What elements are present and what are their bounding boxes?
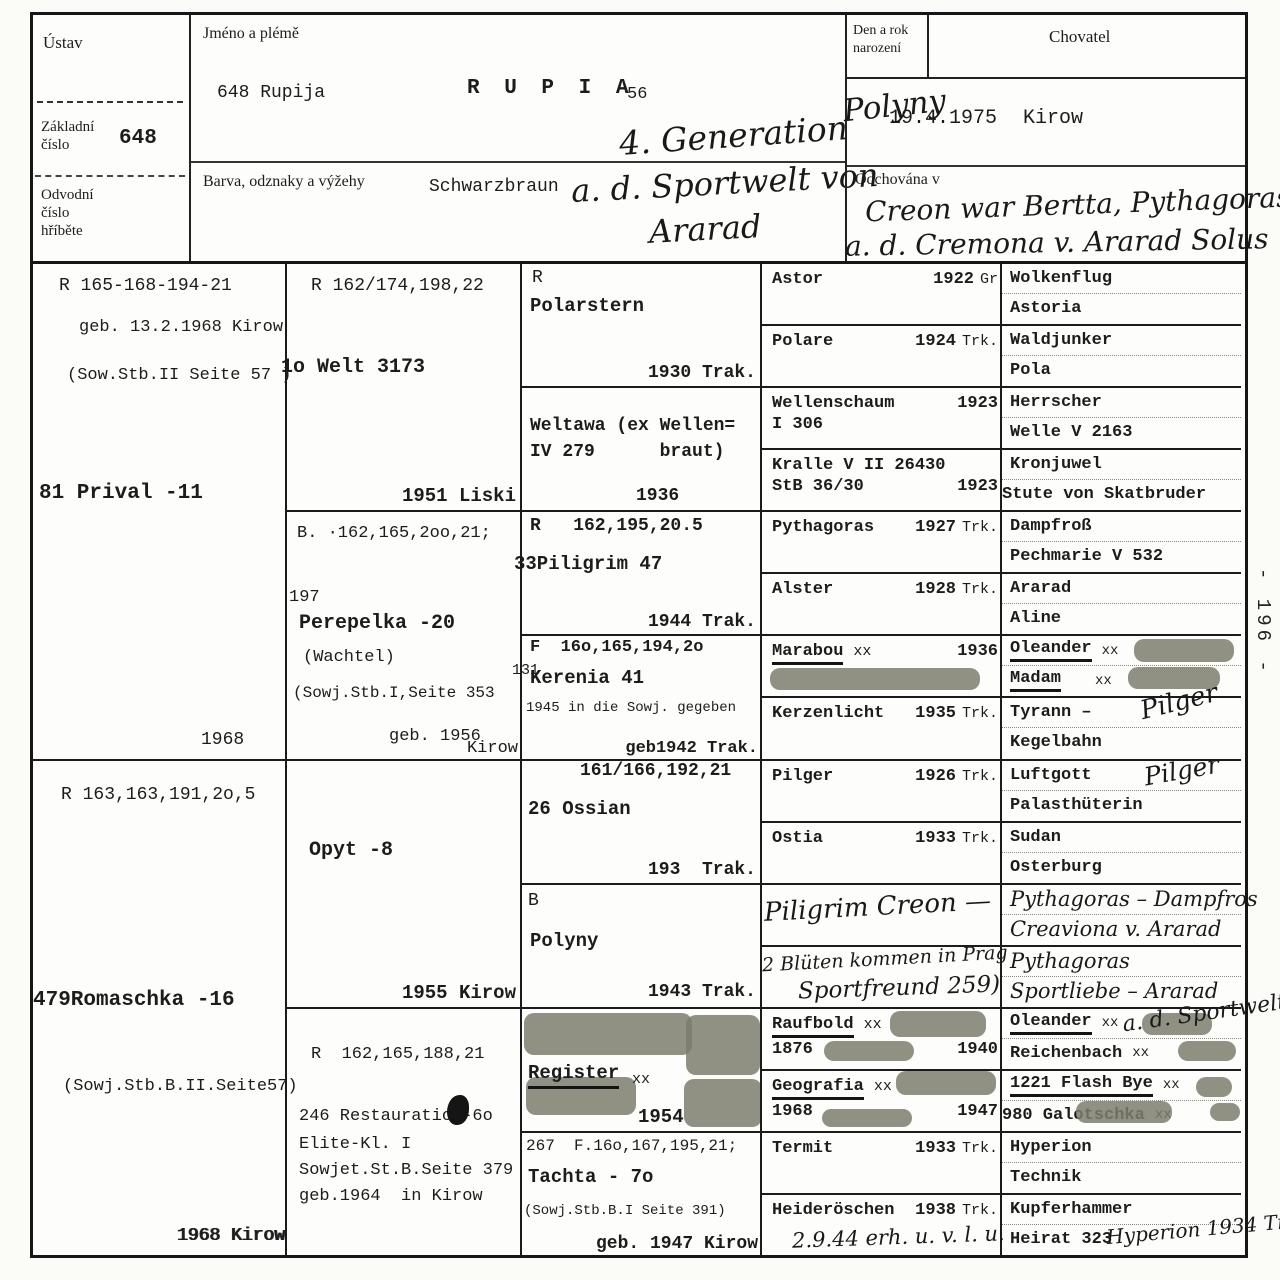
pedigree-cell-termit: Termit1933Trk.: [762, 1133, 1002, 1195]
year-note: 193 Trak.: [648, 860, 756, 881]
merit-marks: 161/166,192,21: [580, 761, 731, 782]
chovatel-cell: Chovatel: [929, 15, 1245, 79]
horse-name: 479Romaschka -16: [33, 989, 235, 1013]
xx-mark: xx: [1102, 643, 1119, 659]
name-color-cell: Jméno a plémě 648 Rupija R U P I A 56 Ba…: [191, 15, 845, 261]
year: 1923: [957, 477, 998, 496]
xx-mark: xx: [632, 1071, 650, 1088]
sire-name: Kupferhammer: [1010, 1200, 1132, 1219]
handwriting-note: Creaviona v. Ararad: [1010, 917, 1221, 941]
redaction-blob: [686, 1015, 760, 1075]
handwriting-note: Pythagoras – Dampfros: [1010, 887, 1258, 911]
pedigree-cell-marabou: Marabouxx1936: [762, 636, 1002, 698]
handwriting-ararad: Ararad: [648, 208, 762, 251]
merit-marks: R 162,195,20.5: [530, 516, 703, 537]
breed: Trk.: [962, 830, 998, 847]
place-note: Kirow: [467, 739, 518, 759]
dam-name: Heirat 323: [1010, 1230, 1112, 1249]
year-note: 1955 Kirow: [402, 983, 516, 1005]
sire-name: Kronjuwel: [1010, 455, 1102, 474]
merit-marks: R 162/174,198,22: [311, 276, 484, 297]
xx-mark: xx: [1132, 1045, 1149, 1061]
jmeno-value: 648 Rupija: [217, 83, 325, 104]
pedigree-cell-tachta: 267 F.16o,167,195,21; Tachta - 7o (Sowj.…: [522, 1133, 762, 1255]
pedigree-cell-flashbye-galotschka: 1221 Flash Byexx 980 Galotschkaxx: [1002, 1071, 1241, 1133]
horse-name: Geografia: [772, 1077, 864, 1100]
dam-name: Madam: [1010, 669, 1061, 692]
dam-name: Astoria: [1010, 299, 1081, 318]
xx-mark: xx: [864, 1016, 882, 1033]
merit-marks: R: [532, 268, 543, 289]
horse-name: Kerzenlicht: [772, 704, 884, 723]
horse-name: Termit: [772, 1139, 833, 1158]
merit-marks: F 16o,165,194,2o: [530, 638, 703, 658]
studbook-ref: StB 36/30: [772, 477, 864, 496]
breed: Trk.: [962, 1202, 998, 1219]
pedigree-cell-handwritten-piligrim-creon: Piligrim Creon —: [762, 885, 1002, 947]
merit-marks: R 165-168-194-21: [59, 276, 232, 297]
zakladni-label-1: Základní: [41, 119, 94, 136]
year: 1935: [915, 704, 956, 723]
dam-name: Osterburg: [1010, 858, 1102, 877]
merit-marks: B. ·162,165,2oo,21;: [297, 524, 491, 544]
horse-name: Pilger: [772, 767, 833, 786]
birth-note: geb.1964 in Kirow: [299, 1187, 483, 1207]
pedigree-cell-kralle: Kralle V II 26430 StB 36/301923: [762, 450, 1002, 512]
pedigree-cell-heideroeschen: Heideröschen1938Trk. 2.9.44 erh. u. v. l…: [762, 1195, 1002, 1255]
breed: Gr: [980, 271, 998, 288]
dam-name: Technik: [1010, 1168, 1081, 1187]
redaction-blob: [1210, 1103, 1240, 1121]
generation-3-column: R Polarstern 1930 Trak. Weltawa (ex Well…: [520, 264, 762, 1255]
pedigree-grid: R 165-168-194-21 geb. 13.2.1968 Kirow (S…: [33, 264, 1245, 1255]
handwriting-sportwelt: a. d. Sportwelt von: [570, 157, 879, 210]
merit-marks: B: [528, 891, 539, 912]
year: 1923: [957, 394, 998, 413]
page-number: - 196 -: [1252, 568, 1274, 676]
pedigree-cell-piligrim: R 162,195,20.5 33Piligrim 47 1944 Trak.: [522, 512, 762, 636]
xx-mark: xx: [853, 643, 871, 660]
sire-name: Oleander: [1010, 1012, 1092, 1035]
year: 1933: [915, 829, 956, 848]
generation-5-column: Wolkenflug Astoria Waldjunker Pola Herrs…: [1000, 264, 1241, 1255]
sire-name: Oleander: [1010, 639, 1092, 662]
year-note: 1968 Kirow: [177, 1226, 285, 1247]
pedigree-cell-pilger: Pilger1926Trk.: [762, 761, 1002, 823]
redaction-blob: [684, 1079, 762, 1127]
form-frame: Ústav Základní číslo 648 Odvodní číslo h…: [30, 12, 1248, 1258]
horse-name: Polarstern: [530, 296, 644, 318]
studbook-ref: (Sowj.Stb.I,Seite 353: [293, 684, 495, 702]
den-label-1: Den a rok: [853, 23, 908, 39]
year: 1924: [915, 332, 956, 351]
handwriting-generation: 4. Generation: [618, 109, 849, 163]
dam-name: Welle V 2163: [1010, 423, 1132, 442]
redaction-blob: [822, 1109, 912, 1127]
redaction-blob: [896, 1071, 996, 1095]
horse-name: Opyt -8: [309, 839, 393, 862]
xx-mark: xx: [1095, 673, 1112, 689]
year-note: 1936: [636, 486, 679, 507]
pedigree-cell-hyperion-technik: Hyperion Technik: [1002, 1133, 1241, 1195]
year: 1940: [957, 1040, 998, 1059]
horse-name: Astor: [772, 270, 823, 289]
horse-number: 56: [627, 85, 647, 105]
ustav-label: Ústav: [43, 33, 83, 53]
year-note: 1943 Trak.: [648, 982, 756, 1003]
horse-name: Ostia: [772, 829, 823, 848]
birth-breeder-section: Den a rok narození Chovatel 19.4.1975 Ki…: [845, 15, 1245, 261]
horse-name: 1o Welt 3173: [281, 356, 425, 379]
year: 1933: [915, 1139, 956, 1158]
registry-number: 1968: [772, 1102, 813, 1121]
pedigree-cell-alster: Alster1928Trk.: [762, 574, 1002, 636]
pedigree-cell-romaschka: R 163,163,191,2o,5 479Romaschka -16 (Sow…: [33, 761, 285, 1256]
sire-name: Hyperion: [1010, 1138, 1092, 1157]
pedigree-cell-welt: R 162/174,198,22 1o Welt 3173 1951 Liski: [287, 264, 522, 512]
horse-name: R U P I A: [467, 77, 634, 101]
pedigree-cell-kupferhammer-heirat: Kupferhammer Heirat 323 Hyperion 1934 Tr…: [1002, 1195, 1241, 1255]
year: 1936: [957, 642, 998, 661]
generation-4-column: Astor1922Gr Polare1924Trk. Wellenschaum1…: [760, 264, 1002, 1255]
year: 1926: [915, 767, 956, 786]
redaction-blob: [770, 668, 980, 690]
dam-name: Palasthüterin: [1010, 796, 1143, 815]
odvodni-label-3: hříběte: [41, 223, 83, 240]
jmeno-label: Jméno a plémě: [203, 25, 299, 43]
handwriting-note: Pythagoras: [1010, 949, 1130, 973]
year: 1922: [933, 270, 974, 289]
form-header: Ústav Základní číslo 648 Odvodní číslo h…: [33, 15, 1245, 264]
year: 1927: [915, 518, 956, 537]
birth-note: geb. 13.2.1968 Kirow: [79, 318, 283, 338]
horse-name: Polare: [772, 332, 833, 351]
xx-mark: xx: [874, 1078, 892, 1095]
ustav-cell: Ústav Základní číslo 648 Odvodní číslo h…: [33, 15, 191, 261]
merit-marks: R 162,165,188,21: [311, 1045, 484, 1065]
breed: Trk.: [962, 333, 998, 350]
xx-mark: xx: [1102, 1015, 1119, 1031]
studbook-ref: (Sowj.Stb.B.II.Seite57): [63, 1077, 298, 1097]
pedigree-cell-kerzenlicht: Kerzenlicht1935Trk.: [762, 698, 1002, 760]
dam-name: Stute von Skatbruder: [1002, 485, 1206, 504]
horse-name: Heideröschen: [772, 1201, 894, 1220]
generation-1-column: R 165-168-194-21 geb. 13.2.1968 Kirow (S…: [33, 264, 285, 1255]
sire-name: Wolkenflug: [1010, 269, 1112, 288]
horse-name: Tachta - 7o: [528, 1167, 653, 1189]
divider-line: [847, 165, 1245, 167]
sire-name: Luftgott: [1010, 766, 1092, 785]
pedigree-cell-dampfross-pechmarie: Dampfroß Pechmarie V 532: [1002, 512, 1241, 574]
pedigree-cell-geografia: Geografiaxx 19681947: [762, 1071, 1002, 1133]
redaction-blob: [1196, 1077, 1232, 1097]
pedigree-cell-prival: R 165-168-194-21 geb. 13.2.1968 Kirow (S…: [33, 264, 285, 761]
year-note: 1951 Liski: [402, 486, 516, 508]
pedigree-cell-luftgott-palasthueterin: Luftgott Palasthüterin Pilger: [1002, 761, 1241, 823]
studbook-ref: (Sowj.Stb.B.I Seite 391): [524, 1203, 726, 1219]
year-note: 1930 Trak.: [648, 363, 756, 384]
horse-name: Register: [528, 1063, 619, 1089]
handwriting-note: Sportfreund 259): [798, 971, 1001, 1004]
pedigree-cell-weltawa: Weltawa (ex Wellen= IV 279 braut) 1936: [522, 388, 762, 512]
redaction-blob: [1178, 1041, 1236, 1061]
transfer-note: 1945 in die Sowj. gegeben: [526, 700, 736, 716]
pedigree-cell-polyny: B Polyny 1943 Trak.: [522, 885, 762, 1009]
pedigree-cell-astor: Astor1922Gr: [762, 264, 1002, 326]
pedigree-cell-register: Register xx 1954: [522, 1009, 762, 1133]
breed: Trk.: [962, 581, 998, 598]
handwriting-odchovana-2: a. d. Cremona v. Ararad Solus: [845, 223, 1269, 263]
handwriting-note: 2.9.44 erh. u. v. l. u.: [792, 1221, 1005, 1253]
redaction-blob: [890, 1011, 986, 1037]
odchovana-label: Odchována v: [855, 171, 940, 189]
horse-name: Perepelka -20: [299, 612, 455, 635]
redaction-blob: [1134, 639, 1234, 662]
year: 1928: [915, 580, 956, 599]
pedigree-cell-handwritten-pythagoras-sportliebe: Pythagoras Sportliebe – Ararad: [1002, 947, 1241, 1009]
dam-name: Kegelbahn: [1010, 733, 1102, 752]
redaction-blob: [1076, 1101, 1172, 1123]
barva-value: Schwarzbraun: [429, 177, 559, 198]
breed: Trk.: [962, 768, 998, 785]
pedigree-cell-herrscher-welle: Herrscher Welle V 2163: [1002, 388, 1241, 450]
pedigree-document: Ústav Základní číslo 648 Odvodní číslo h…: [0, 0, 1280, 1280]
year-note: geb. 1947 Kirow: [596, 1234, 758, 1255]
horse-name: Kralle V II 26430: [772, 456, 945, 475]
horse-name: Polyny: [530, 931, 598, 953]
den-label-2: narození: [853, 41, 901, 57]
odvodni-label-1: Odvodní: [41, 187, 94, 204]
merit-marks: 267 F.16o,167,195,21;: [526, 1137, 737, 1155]
horse-name: Wellenschaum: [772, 394, 894, 413]
alias-note: (Wachtel): [303, 648, 395, 668]
breeder-value: Kirow: [1023, 107, 1083, 130]
registry-number: 197: [289, 588, 320, 608]
pedigree-cell-opyt: Opyt -8 1955 Kirow: [287, 761, 522, 1009]
pedigree-cell-polare: Polare1924Trk.: [762, 326, 1002, 388]
studbook-ref: (Sow.Stb.II Seite 57 ): [67, 366, 291, 386]
generation-2-column: R 162/174,198,22 1o Welt 3173 1951 Liski…: [285, 264, 522, 1255]
pedigree-cell-perepelka: B. ·162,165,2oo,21; 197 Perepelka -20 (W…: [287, 512, 522, 760]
pedigree-cell-oleander-reichenbach: Oleanderxx Reichenbachxx a. d. Sportwelt: [1002, 1009, 1241, 1071]
horse-name-line1: Weltawa (ex Wellen=: [530, 416, 735, 437]
horse-name: Pythagoras: [772, 518, 874, 537]
pedigree-cell-wellenschaum: Wellenschaum1923 I 306: [762, 388, 1002, 450]
barva-label: Barva, odznaky a výžehy: [203, 173, 365, 191]
sire-name: 1221 Flash Bye: [1010, 1074, 1153, 1097]
pedigree-cell-pythagoras: Pythagoras1927Trk.: [762, 512, 1002, 574]
breed: Trk.: [962, 705, 998, 722]
dam-name: Reichenbach: [1010, 1044, 1122, 1063]
horse-name: Marabou: [772, 642, 843, 665]
horse-name: Kerenia 41: [530, 668, 644, 690]
pedigree-cell-raufbold: Raufboldxx 18761940: [762, 1009, 1002, 1071]
class-note: Elite-Kl. I: [299, 1135, 411, 1155]
dam-name: Pola: [1010, 361, 1051, 380]
handwriting-note: Piligrim Creon —: [763, 887, 991, 929]
registry-number: I 306: [772, 415, 823, 434]
breed: Trk.: [962, 1140, 998, 1157]
dam-name: Aline: [1010, 609, 1061, 628]
redaction-blob: [524, 1013, 692, 1055]
dam-name: Pechmarie V 532: [1010, 547, 1163, 566]
merit-marks: R 163,163,191,2o,5: [61, 785, 255, 806]
year-note: 1968: [201, 730, 244, 751]
studbook-ref: Sowjet.St.B.Seite 379: [299, 1161, 513, 1181]
year-note: 1944 Trak.: [648, 612, 756, 633]
sire-name: Waldjunker: [1010, 331, 1112, 350]
breed: Trk.: [962, 519, 998, 536]
pedigree-cell-handwritten-sportfreund: 2 Blüten kommen in Prag Sportfreund 259): [762, 947, 1002, 1009]
pedigree-cell-kronjuwel-skatbruder: Kronjuwel Stute von Skatbruder: [1002, 450, 1241, 512]
pedigree-cell-kerenia: F 16o,165,194,2o 131 Kerenia 41 1945 in …: [522, 636, 762, 760]
horse-name: 26 Ossian: [528, 799, 631, 821]
xx-mark: xx: [1163, 1077, 1180, 1093]
pedigree-cell-restauration: R 162,165,188,21 246 Restauration-6o Eli…: [287, 1009, 522, 1255]
sire-name: Sudan: [1010, 828, 1061, 847]
pedigree-cell-ostia: Ostia1933Trk.: [762, 823, 1002, 885]
horse-name: Raufbold: [772, 1015, 854, 1038]
horse-name: Alster: [772, 580, 833, 599]
sire-name: Herrscher: [1010, 393, 1102, 412]
horse-name: 81 Prival -11: [39, 482, 203, 506]
dashed-line: [37, 101, 183, 103]
pedigree-cell-handwritten-pythagoras-dampfros: Pythagoras – Dampfros Creaviona v. Arara…: [1002, 885, 1241, 947]
year: 1947: [957, 1102, 998, 1121]
ink-blot: [447, 1095, 469, 1125]
pedigree-cell-polarstern: R Polarstern 1930 Trak.: [522, 264, 762, 388]
horse-name-line2: IV 279 braut): [530, 442, 724, 463]
den-a-rok-cell: Den a rok narození: [847, 15, 929, 79]
pedigree-cell-wolkenflug-astoria: Wolkenflug Astoria: [1002, 264, 1241, 326]
dashed-line: [35, 175, 185, 177]
pedigree-cell-ararad-aline: Ararad Aline: [1002, 574, 1241, 636]
registry-number: 1876: [772, 1040, 813, 1059]
zakladni-label-2: číslo: [41, 137, 69, 154]
horse-name: 33Piligrim 47: [514, 554, 662, 576]
zakladni-value: 648: [119, 127, 157, 151]
sire-name: Tyrann –: [1010, 703, 1092, 722]
chovatel-label: Chovatel: [1049, 27, 1110, 47]
year-note: geb1942 Trak.: [625, 739, 758, 759]
odvodni-label-2: číslo: [41, 205, 69, 222]
year-note: 1954: [638, 1107, 684, 1129]
sire-name: Ararad: [1010, 579, 1071, 598]
pedigree-cell-waldjunker-pola: Waldjunker Pola: [1002, 326, 1241, 388]
pedigree-cell-ossian: 161/166,192,21 26 Ossian 193 Trak.: [522, 761, 762, 885]
handwriting-note: Sportliebe – Ararad: [1010, 979, 1218, 1003]
redaction-blob: [824, 1041, 914, 1061]
pedigree-cell-sudan-osterburg: Sudan Osterburg: [1002, 823, 1241, 885]
sire-name: Dampfroß: [1010, 517, 1092, 536]
year: 1938: [915, 1201, 956, 1220]
